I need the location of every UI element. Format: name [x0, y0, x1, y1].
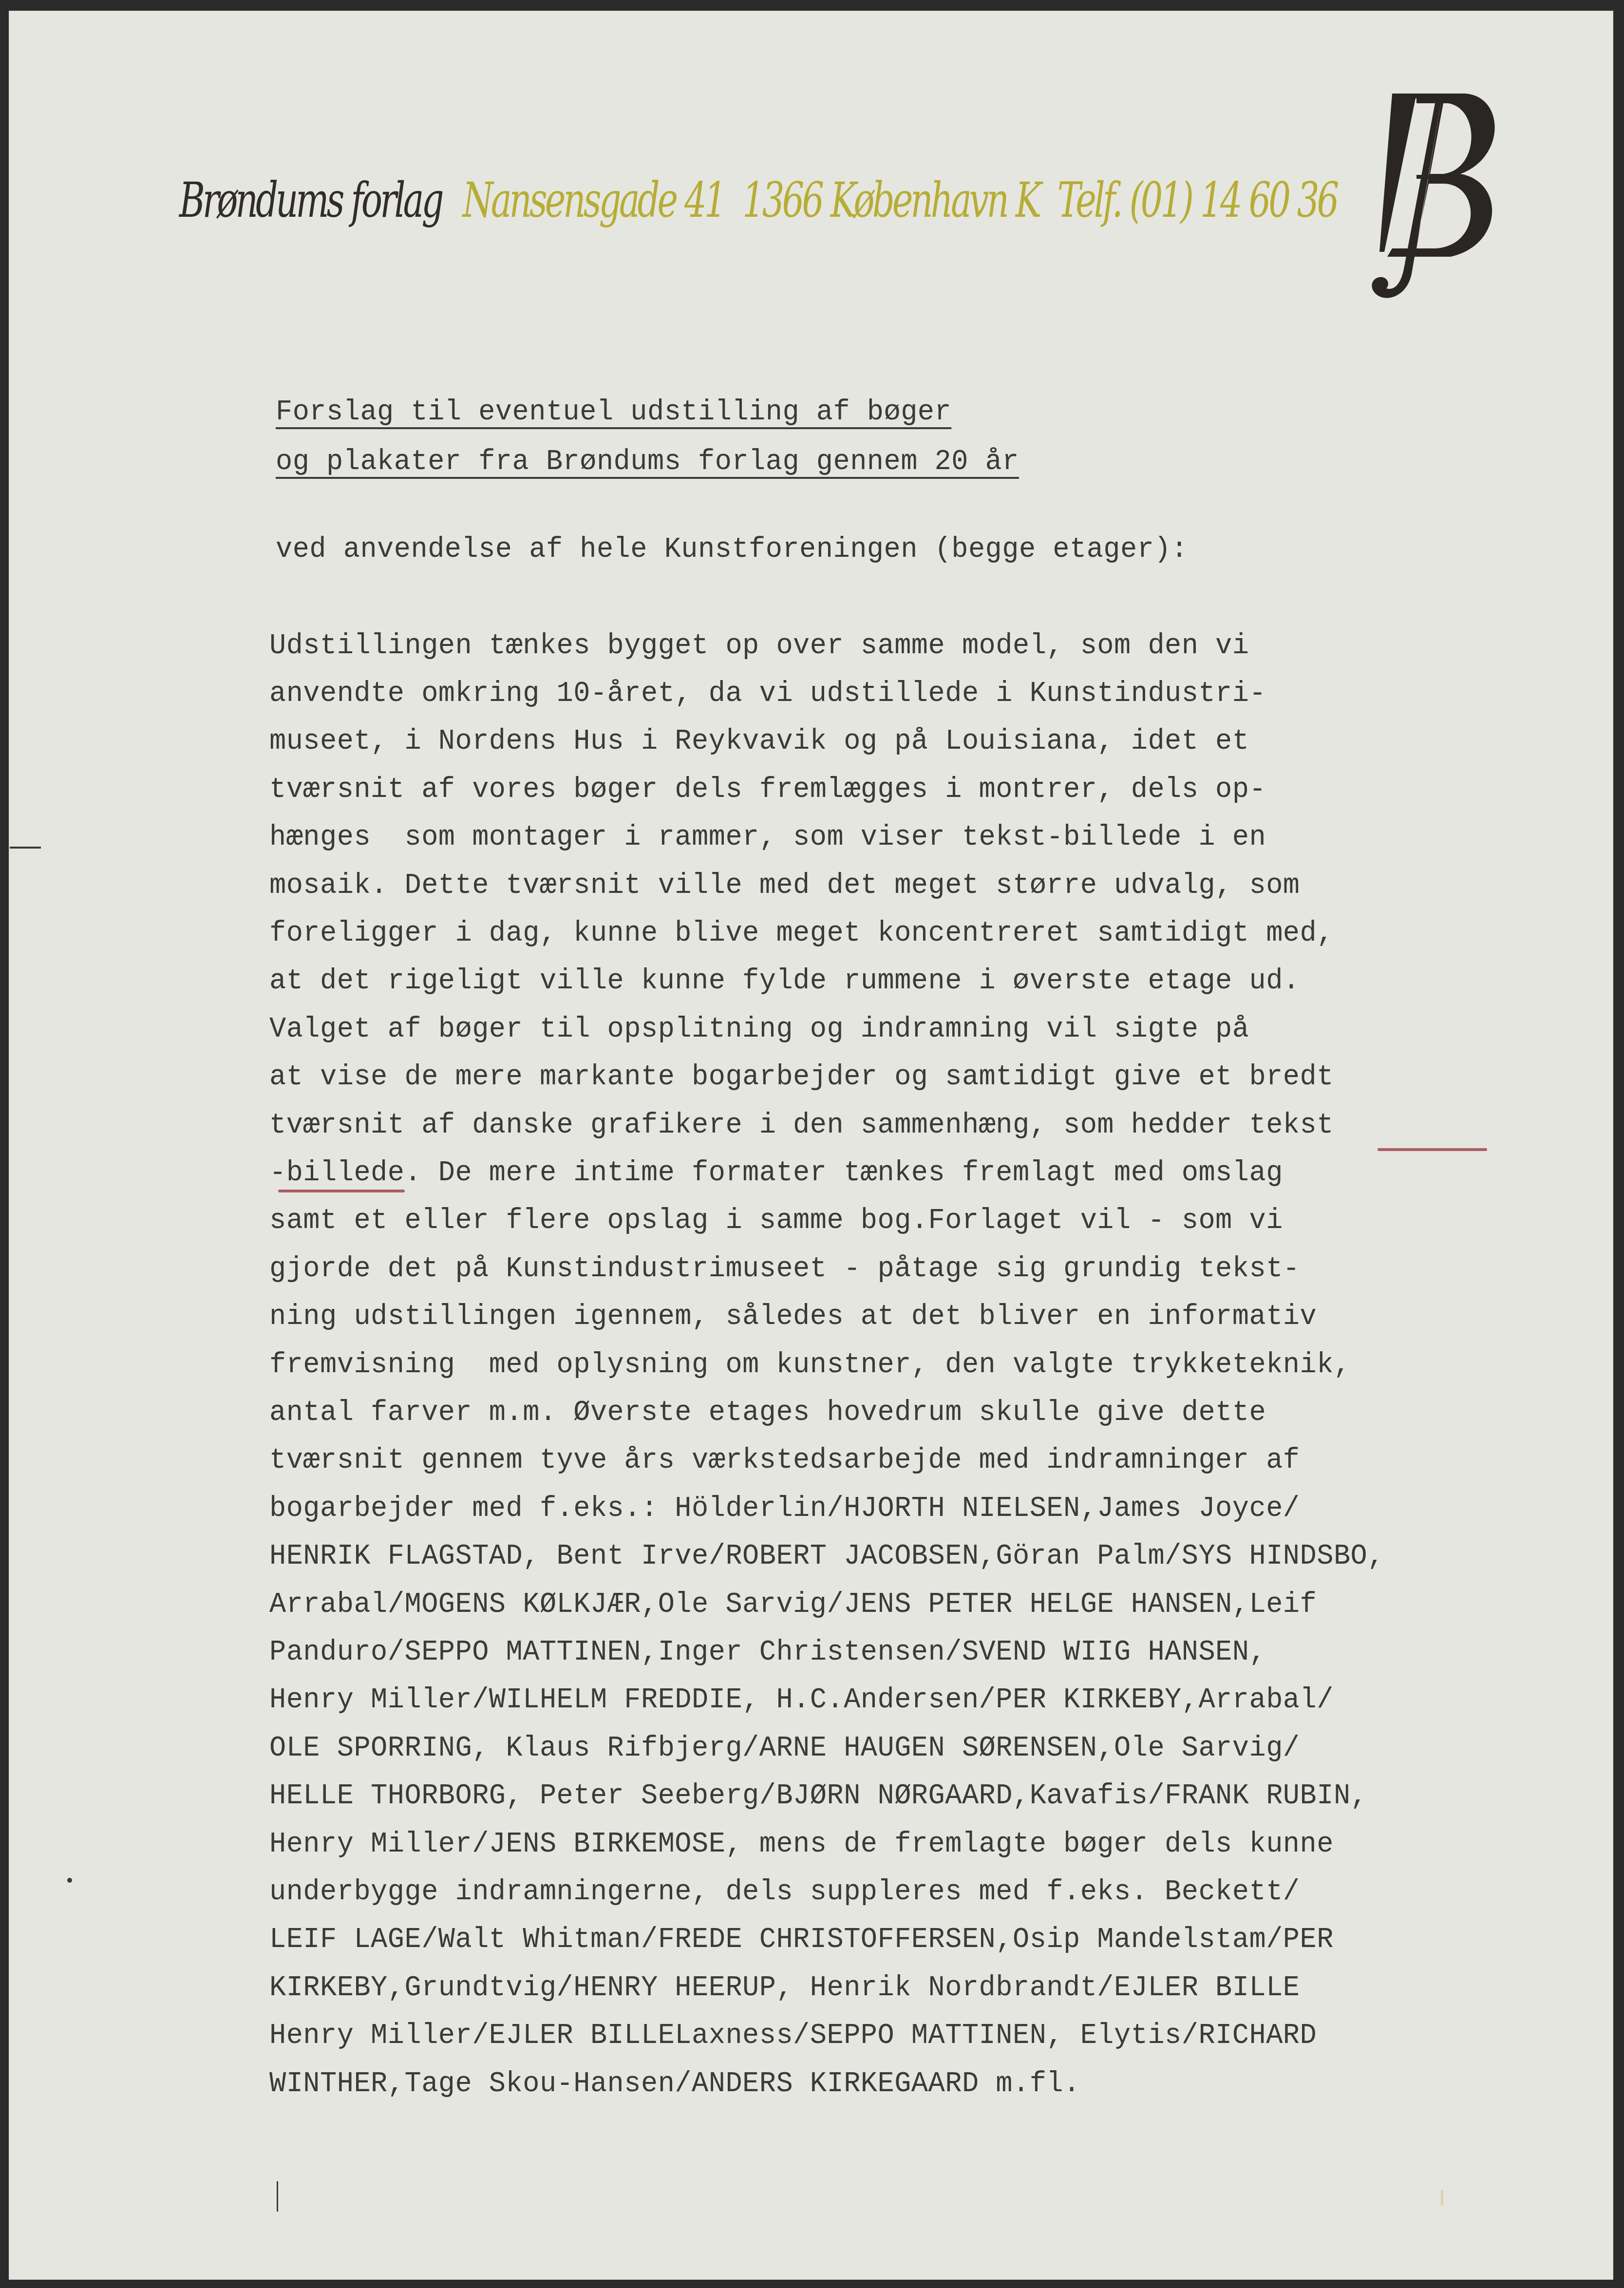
- body-line: LEIF LAGE/Walt Whitman/FREDE CHRISTOFFER…: [269, 1923, 1334, 1956]
- body-line: tværsnit af vores bøger dels fremlægges …: [269, 773, 1266, 806]
- body-line: Henry Miller/JENS BIRKEMOSE, mens de fre…: [269, 1828, 1334, 1861]
- body-line: bogarbejder med f.eks.: Hölderlin/HJORTH…: [269, 1492, 1300, 1525]
- body-line: Arrabal/MOGENS KØLKJÆR,Ole Sarvig/JENS P…: [269, 1588, 1317, 1621]
- body-line: hænges som montager i rammer, som viser …: [269, 821, 1266, 854]
- body-line: WINTHER,Tage Skou-Hansen/ANDERS KIRKEGAA…: [269, 2067, 1080, 2100]
- body-line: tværsnit af danske grafikere i den samme…: [269, 1109, 1334, 1142]
- body-text: Udstillingen tænkes bygget op over samme…: [269, 629, 1585, 2164]
- body-line: at vise de mere markante bogarbejder og …: [269, 1060, 1334, 1094]
- body-line: foreligger i dag, kunne blive meget konc…: [269, 917, 1334, 950]
- body-line: Henry Miller/EJLER BILLELaxness/SEPPO MA…: [269, 2019, 1317, 2052]
- body-line: Udstillingen tænkes bygget op over samme…: [269, 629, 1249, 662]
- bf-monogram-icon: [1343, 84, 1509, 308]
- body-line: HENRIK FLAGSTAD, Bent Irve/ROBERT JACOBS…: [269, 1540, 1384, 1573]
- body-line: mosaik. Dette tværsnit ville med det meg…: [269, 869, 1300, 902]
- fold-mark: [10, 847, 41, 849]
- letterhead: Brøndums forlag Nansensgade 41 1366 Købe…: [179, 171, 1355, 249]
- city-address: 1366 København K: [742, 171, 1039, 228]
- body-line: museet, i Nordens Hus i Reykvavik og på …: [269, 725, 1249, 758]
- red-pen-underline-tekst: [1378, 1148, 1487, 1151]
- title-line-2: og plakater fra Brøndums forlag gennem 2…: [276, 445, 1019, 478]
- phone-number: Telf. (01) 14 60 36: [1057, 171, 1337, 228]
- red-pen-underline-billede: [278, 1190, 405, 1192]
- body-line: Valget af bøger til opsplitning og indra…: [269, 1013, 1249, 1046]
- publisher-name: Brøndums forlag: [179, 171, 441, 228]
- body-line: -billede. De mere intime formater tænkes…: [269, 1156, 1283, 1190]
- body-line: Henry Miller/WILHELM FREDDIE, H.C.Anders…: [269, 1683, 1334, 1717]
- body-line: ning udstillingen igennem, således at de…: [269, 1300, 1317, 1333]
- body-line: at det rigeligt ville kunne fylde rummen…: [269, 964, 1300, 998]
- body-line: anvendte omkring 10-året, da vi udstille…: [269, 677, 1266, 710]
- body-line: Panduro/SEPPO MATTINEN,Inger Christensen…: [269, 1636, 1266, 1669]
- body-line: KIRKEBY,Grundtvig/HENRY HEERUP, Henrik N…: [269, 1971, 1300, 2004]
- stain-mark: [1441, 2190, 1443, 2206]
- letter-page: Brøndums forlag Nansensgade 41 1366 Købe…: [9, 11, 1613, 2280]
- street-address: Nansensgade 41: [463, 171, 724, 228]
- title-line-1: Forslag til eventuel udstilling af bøger: [276, 396, 951, 429]
- body-line: samt et eller flere opslag i samme bog.F…: [269, 1204, 1283, 1237]
- body-line: OLE SPORRING, Klaus Rifbjerg/ARNE HAUGEN…: [269, 1732, 1300, 1765]
- body-line: fremvisning med oplysning om kunstner, d…: [269, 1348, 1351, 1381]
- pencil-mark: [277, 2181, 278, 2212]
- body-line: antal farver m.m. Øverste etages hovedru…: [269, 1396, 1266, 1429]
- body-line: gjorde det på Kunstindustrimuseet - påta…: [269, 1252, 1300, 1286]
- punch-dot-mark: [67, 1878, 72, 1883]
- body-line: underbygge indramningerne, dels supplere…: [269, 1875, 1300, 1909]
- subtitle: ved anvendelse af hele Kunstforeningen (…: [276, 533, 1188, 566]
- body-line: tværsnit gennem tyve års værkstedsarbejd…: [269, 1444, 1300, 1477]
- body-line: HELLE THORBORG, Peter Seeberg/BJØRN NØRG…: [269, 1779, 1367, 1813]
